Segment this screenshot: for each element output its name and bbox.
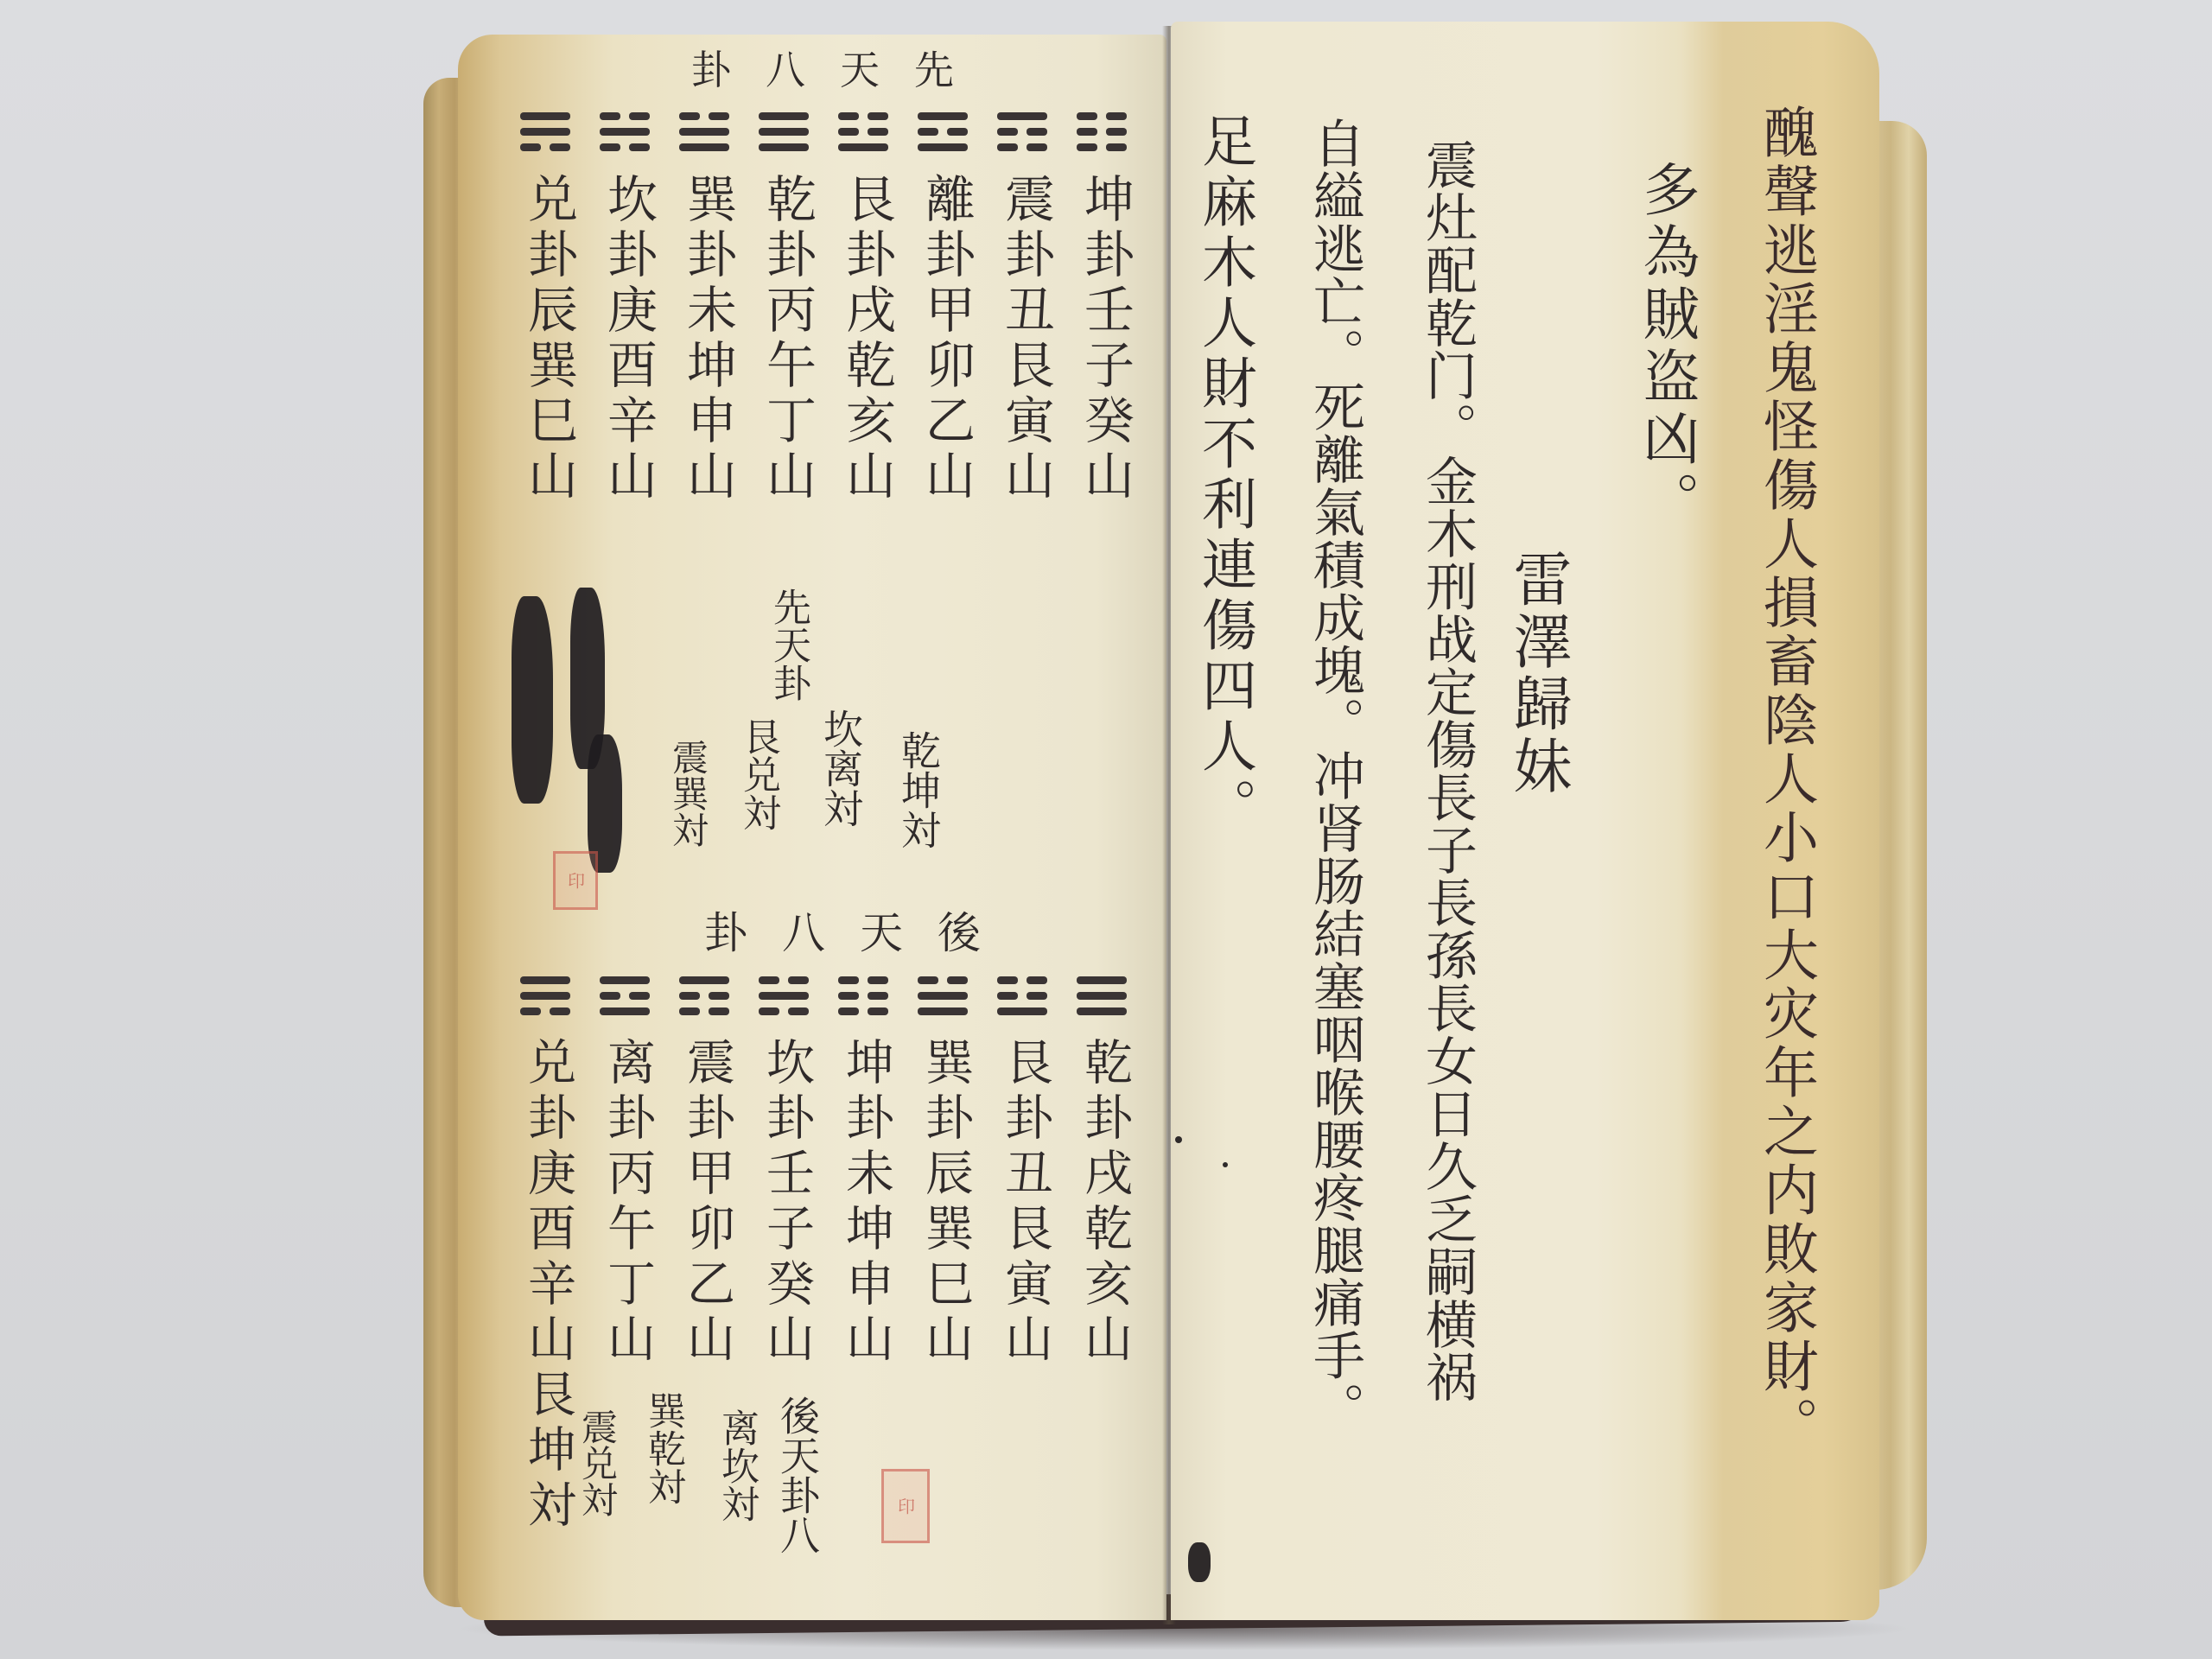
trigram-entry-dui: 兑卦庚酉辛山艮坤対 [524, 1037, 572, 1535]
trigram-dui-icon [520, 112, 570, 159]
top-pair-4: 震巽対 [670, 739, 706, 848]
ink-stain [1223, 1162, 1228, 1167]
trigram-dui-icon [520, 976, 570, 1023]
text-column-6: 足麻木人財不利連傷四人。 [1197, 112, 1252, 838]
trigram-zhen-icon [679, 976, 729, 1023]
trigram-entry-zhen: 震卦丑艮寅山 [1001, 173, 1051, 505]
trigram-entry-li: 离卦丙午丁山 [603, 1037, 652, 1369]
right-page: 醜聲逃淫鬼怪傷人損畜陰人小口大灾年之内敗家財。 多為賊盗凶。 雷澤歸妹 震灶配乾… [1171, 22, 1879, 1620]
ink-blot [512, 596, 553, 804]
trigram-entry-qian: 乾卦戌乾亥山 [1080, 1037, 1128, 1369]
trigram-entry-li: 離卦甲卯乙山 [921, 173, 971, 505]
trigram-entry-kun: 坤卦未坤申山 [842, 1037, 890, 1369]
trigram-kan-icon [759, 976, 809, 1023]
trigram-gen-icon [997, 976, 1047, 1023]
top-pair-1: 乾坤対 [899, 730, 938, 849]
text-column-3: 雷澤歸妹 [1508, 549, 1567, 798]
bottom-section-title: 後天八卦 [704, 899, 1015, 961]
trigram-xun-icon [679, 112, 729, 159]
trigram-entry-dui: 兑卦辰巽巳山 [524, 173, 574, 505]
trigram-kun-icon [1077, 112, 1127, 159]
trigram-entry-zhen: 震卦甲卯乙山 [683, 1037, 731, 1369]
open-manuscript-book: 先天八卦 坤卦壬子癸山震卦丑艮寅山離卦甲卯乙山艮卦戌乾亥山乾卦丙午丁山巽卦未坤申… [0, 0, 2212, 1659]
left-page: 先天八卦 坤卦壬子癸山震卦丑艮寅山離卦甲卯乙山艮卦戌乾亥山乾卦丙午丁山巽卦未坤申… [458, 35, 1166, 1620]
text-column-1: 醜聲逃淫鬼怪傷人損畜陰人小口大灾年之内敗家財。 [1758, 104, 1814, 1455]
bottom-pair-3: 震兑対 [579, 1408, 615, 1517]
ink-stain [1188, 1542, 1211, 1582]
trigram-li-icon [600, 976, 650, 1023]
top-pair-2: 坎离対 [821, 709, 861, 828]
trigram-entry-xun: 巽卦辰巽巳山 [921, 1037, 969, 1369]
trigram-entry-kun: 坤卦壬子癸山 [1080, 173, 1130, 505]
text-column-4: 震灶配乾门。金木刑战定傷長子長孫長女日久乏嗣横祸 [1421, 138, 1473, 1403]
trigram-kun-icon [838, 976, 888, 1023]
trigram-li-icon [918, 112, 968, 159]
trigram-entry-kan: 坎卦壬子癸山 [762, 1037, 810, 1369]
red-seal-stamp: 印 [881, 1469, 930, 1543]
trigram-entry-gen: 艮卦戌乾亥山 [842, 173, 892, 505]
top-section-title: 先天八卦 [691, 39, 988, 96]
trigram-entry-kan: 坎卦庚酉辛山 [603, 173, 653, 505]
top-pair-3: 艮兑対 [739, 717, 777, 831]
red-seal-stamp: 印 [553, 851, 598, 910]
trigram-entry-qian: 乾卦丙午丁山 [762, 173, 812, 505]
top-summary-label: 先天卦 [769, 588, 807, 702]
text-column-2: 多為賊盗凶。 [1637, 160, 1694, 533]
bottom-pair-1: 离坎対 [717, 1408, 755, 1522]
bottom-pair-2: 巽乾対 [644, 1391, 682, 1505]
ink-stain [1175, 1136, 1182, 1143]
trigram-qian-icon [759, 112, 809, 159]
trigram-entry-gen: 艮卦丑艮寅山 [1001, 1037, 1049, 1369]
trigram-gen-icon [838, 112, 888, 159]
bottom-summary-label: 後天卦八 [778, 1395, 817, 1554]
text-column-5: 自縊逃亡。死離氣積成塊。冲肾肠結塞咽喉腰疼腿痛手。 [1309, 117, 1361, 1434]
trigram-kan-icon [600, 112, 650, 159]
trigram-zhen-icon [997, 112, 1047, 159]
trigram-xun-icon [918, 976, 968, 1023]
trigram-qian-icon [1077, 976, 1127, 1023]
trigram-entry-xun: 巽卦未坤申山 [683, 173, 733, 505]
